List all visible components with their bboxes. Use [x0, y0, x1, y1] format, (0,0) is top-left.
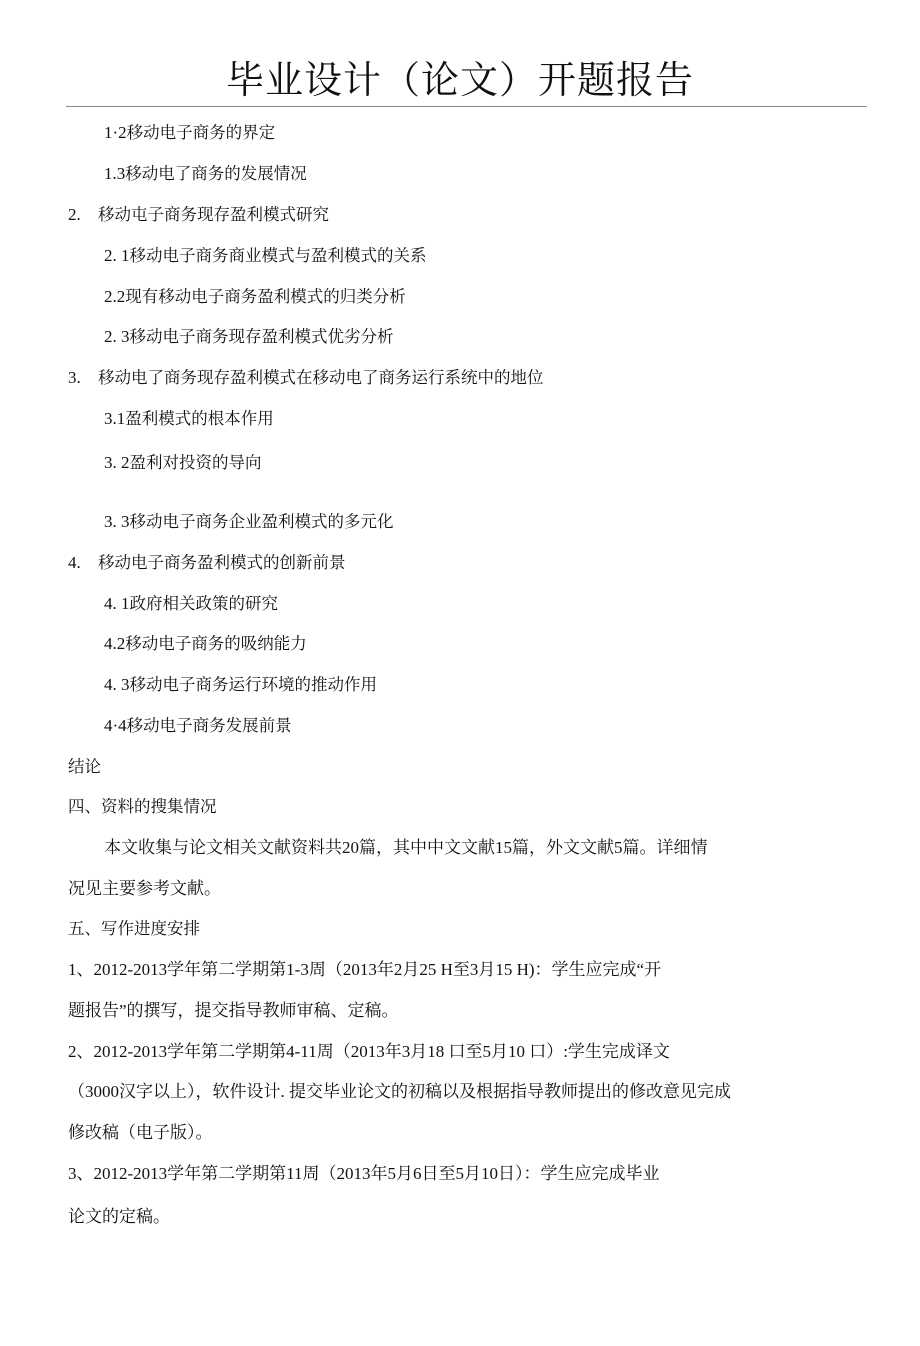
outline-item-2-3: 2. 3移动电子商务现存盈利模式优劣分析: [104, 325, 394, 349]
outline-item-4-1: 4. 1政府相关政策的研究: [104, 592, 278, 616]
outline-text: 移动电了商务现存盈利模式在移动电了商务运行系统中的地位: [98, 368, 544, 387]
section-heading-materials: 四、资料的搜集情况: [68, 795, 217, 819]
outline-text: 移动电子商务发展前景: [127, 716, 292, 735]
outline-number: 2.2: [104, 287, 125, 306]
outline-text: 移动电了商务的发展情况: [125, 164, 307, 183]
outline-item-4-2: 4.2移动电子商务的吸纳能力: [104, 632, 307, 656]
materials-paragraph-line2: 况见主要参考文献。: [68, 877, 221, 901]
outline-text: 移动电子商务运行环境的推动作用: [130, 675, 378, 694]
outline-item-3: 3.移动电了商务现存盈利模式在移动电了商务运行系统中的地位: [68, 366, 544, 390]
outline-text: 政府相关政策的研究: [130, 594, 279, 613]
schedule-item-3-line2: 论文的定稿。: [68, 1205, 170, 1229]
outline-number: 4. 3: [104, 675, 130, 694]
outline-text: 移动电子商务企业盈利模式的多元化: [130, 512, 394, 531]
outline-item-2-2: 2.2现有移动电子商务盈利模式的归类分析: [104, 285, 406, 309]
outline-number: 2. 3: [104, 327, 130, 346]
outline-text: 现有移动电子商务盈利模式的归类分析: [125, 287, 406, 306]
outline-number: 3. 2: [104, 453, 130, 472]
outline-text: 移动屯子商务现存盈利模式研究: [98, 205, 329, 224]
schedule-item-2-line1: 2、2012-2013学年第二学期第4-11周（2013年3月18 口至5月10…: [68, 1040, 670, 1064]
outline-text: 移动电子商务商业模式与盈利模式的关系: [130, 246, 427, 265]
outline-text: 移动电子商务的吸纳能力: [125, 634, 307, 653]
outline-number: 4.: [68, 551, 98, 575]
outline-number: 3.: [68, 366, 98, 390]
outline-text: 移动电子商务盈利模式的创新前景: [98, 553, 346, 572]
outline-number: 3. 3: [104, 512, 130, 531]
outline-item-4-4: 4·4移动电子商务发展前景: [104, 714, 292, 738]
schedule-item-1-line2: 题报告”的撰写，提交指导教师审稿、定稿。: [68, 999, 399, 1023]
title-divider: [66, 106, 867, 107]
conclusion-heading: 结论: [68, 755, 101, 779]
outline-number: 1.3: [104, 164, 125, 183]
section-heading-schedule: 五、写作进度安排: [68, 917, 200, 941]
schedule-item-1-line1: 1、2012-2013学年第二学期第1-3周（2013年2月25 H至3月15 …: [68, 958, 661, 982]
outline-number: 4·4: [104, 716, 127, 735]
outline-item-2-1: 2. 1移动电子商务商业模式与盈利模式的关系: [104, 244, 427, 268]
schedule-item-3-line1: 3、2012-2013学年第二学期第11周（2013年5月6日至5月10日）：学…: [68, 1162, 660, 1186]
outline-number: 1·2: [104, 123, 127, 142]
outline-item-1-3: 1.3移动电了商务的发展情况: [104, 162, 307, 186]
outline-item-2: 2.移动屯子商务现存盈利模式研究: [68, 203, 329, 227]
outline-text: 盈利模式的根本作用: [125, 409, 274, 428]
schedule-item-2-line3: 修改稿（电子版）。: [68, 1121, 213, 1145]
outline-item-4-3: 4. 3移动电子商务运行环境的推动作用: [104, 673, 377, 697]
outline-text: 盈利对投资的导向: [130, 453, 262, 472]
outline-item-1-2: 1·2移动电子商务的界定: [104, 121, 275, 145]
outline-number: 2.: [68, 203, 98, 227]
outline-item-3-3: 3. 3移动电子商务企业盈利模式的多元化: [104, 510, 394, 534]
schedule-item-2-line2: （3000汉字以上），软件设计. 提交毕业论文的初稿以及根据指导教师提出的修改意…: [68, 1080, 731, 1104]
outline-text: 移动电子商务的界定: [127, 123, 276, 142]
materials-paragraph-line1: 本文收集与论文相关文献资料共20篇，其中中文文献15篇，外文文献5篇。详细情: [104, 836, 708, 860]
outline-number: 2. 1: [104, 246, 130, 265]
outline-item-3-1: 3.1盈利模式的根本作用: [104, 407, 274, 431]
outline-number: 4. 1: [104, 594, 130, 613]
outline-item-4: 4.移动电子商务盈利模式的创新前景: [68, 551, 346, 575]
outline-text: 移动电子商务现存盈利模式优劣分析: [130, 327, 394, 346]
outline-item-3-2: 3. 2盈利对投资的导向: [104, 451, 262, 475]
outline-number: 4.2: [104, 634, 125, 653]
outline-number: 3.1: [104, 409, 125, 428]
page-title: 毕业设计（论文）开题报告: [0, 56, 920, 104]
